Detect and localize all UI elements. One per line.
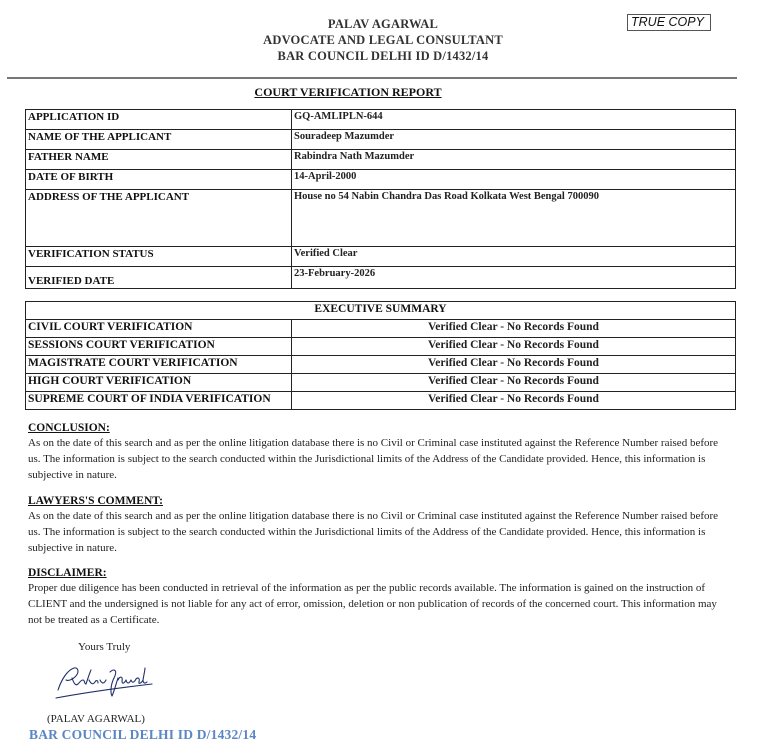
field-label: NAME OF THE APPLICANT (26, 130, 292, 150)
field-value: Verified Clear (292, 247, 736, 267)
report-title-text: COURT VERIFICATION REPORT (254, 85, 441, 99)
field-label: ADDRESS OF THE APPLICANT (26, 190, 292, 247)
court-status: Verified Clear - No Records Found (292, 356, 736, 374)
field-value: Souradeep Mazumder (292, 130, 736, 150)
field-label: FATHER NAME (26, 150, 292, 170)
disclaimer-text: Proper due diligence has been conducted … (28, 580, 728, 628)
court-label: SUPREME COURT OF INDIA VERIFICATION (26, 392, 292, 410)
court-label: HIGH COURT VERIFICATION (26, 374, 292, 392)
table-row: MAGISTRATE COURT VERIFICATION Verified C… (26, 356, 736, 374)
court-status: Verified Clear - No Records Found (292, 338, 736, 356)
conclusion-heading: CONCLUSION: (28, 421, 728, 435)
table-row: FATHER NAME Rabindra Nath Mazumder (26, 150, 736, 170)
table-row: DATE OF BIRTH 14-April-2000 (26, 170, 736, 190)
lawyers-comment-text: As on the date of this search and as per… (28, 508, 728, 556)
advocate-title: ADVOCATE AND LEGAL CONSULTANT (0, 32, 766, 48)
letterhead-bar-id: BAR COUNCIL DELHI ID D/1432/14 (0, 48, 766, 64)
field-label: VERIFICATION STATUS (26, 247, 292, 267)
conclusion-text: As on the date of this search and as per… (28, 435, 728, 483)
table-row: HIGH COURT VERIFICATION Verified Clear -… (26, 374, 736, 392)
executive-summary-table: EXECUTIVE SUMMARY CIVIL COURT VERIFICATI… (25, 301, 736, 410)
closing-text: Yours Truly (78, 641, 130, 653)
table-row: VERIFICATION STATUS Verified Clear (26, 247, 736, 267)
court-label: MAGISTRATE COURT VERIFICATION (26, 356, 292, 374)
disclaimer-heading: DISCLAIMER: (28, 566, 728, 580)
conclusion-section: CONCLUSION: As on the date of this searc… (28, 421, 728, 483)
field-label: DATE OF BIRTH (26, 170, 292, 190)
lawyers-comment-heading: LAWYERS'S COMMENT: (28, 494, 728, 508)
signatory-name: (PALAV AGARWAL) (47, 713, 145, 725)
court-status: Verified Clear - No Records Found (292, 374, 736, 392)
lawyers-comment-section: LAWYERS'S COMMENT: As on the date of thi… (28, 494, 728, 556)
table-row: ADDRESS OF THE APPLICANT House no 54 Nab… (26, 190, 736, 247)
court-label: CIVIL COURT VERIFICATION (26, 320, 292, 338)
applicant-info-table: APPLICATION ID GQ-AMLIPLN-644 NAME OF TH… (25, 109, 736, 289)
table-row: VERIFIED DATE 23-February-2026 (26, 267, 736, 289)
signature-icon (48, 660, 158, 705)
report-title: COURT VERIFICATION REPORT (0, 85, 696, 100)
table-row: CIVIL COURT VERIFICATION Verified Clear … (26, 320, 736, 338)
table-row: SUPREME COURT OF INDIA VERIFICATION Veri… (26, 392, 736, 410)
court-label: SESSIONS COURT VERIFICATION (26, 338, 292, 356)
summary-heading: EXECUTIVE SUMMARY (26, 302, 736, 320)
court-status: Verified Clear - No Records Found (292, 392, 736, 410)
table-row: NAME OF THE APPLICANT Souradeep Mazumder (26, 130, 736, 150)
field-value: GQ-AMLIPLN-644 (292, 110, 736, 130)
table-row: SESSIONS COURT VERIFICATION Verified Cle… (26, 338, 736, 356)
court-status: Verified Clear - No Records Found (292, 320, 736, 338)
header-divider (7, 77, 737, 79)
field-value: House no 54 Nabin Chandra Das Road Kolka… (292, 190, 736, 247)
disclaimer-section: DISCLAIMER: Proper due diligence has bee… (28, 566, 728, 628)
signatory-bar-id: BAR COUNCIL DELHI ID D/1432/14 (29, 727, 256, 743)
field-value: Rabindra Nath Mazumder (292, 150, 736, 170)
table-header-row: EXECUTIVE SUMMARY (26, 302, 736, 320)
table-row: APPLICATION ID GQ-AMLIPLN-644 (26, 110, 736, 130)
field-label: APPLICATION ID (26, 110, 292, 130)
field-label: VERIFIED DATE (26, 267, 292, 289)
true-copy-stamp: TRUE COPY (627, 14, 711, 31)
field-value: 23-February-2026 (292, 267, 736, 289)
field-value: 14-April-2000 (292, 170, 736, 190)
